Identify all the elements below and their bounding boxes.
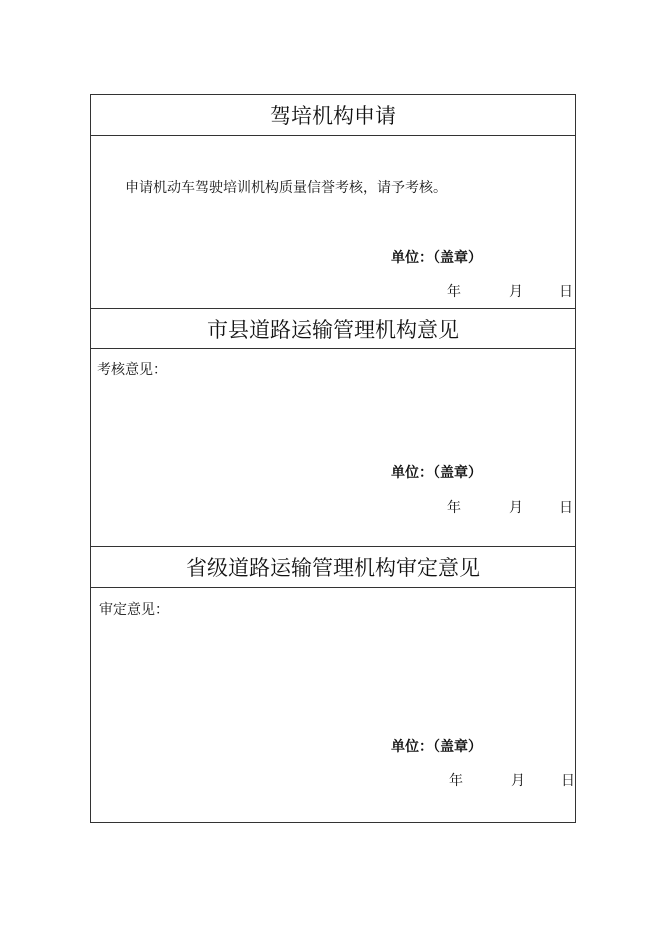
signature-seal-label: 单位：（盖章） xyxy=(391,247,482,267)
review-form: 驾培机构申请 申请机动车驾驶培训机构质量信誉考核，请予考核。 单位：（盖章） 年… xyxy=(90,94,576,823)
date-year: 年 xyxy=(447,281,509,301)
date-day: 日 xyxy=(561,770,575,790)
approval-opinion-label: 审定意见： xyxy=(99,599,169,619)
signature-seal-label: 单位：（盖章） xyxy=(391,462,482,482)
date-month: 月 xyxy=(511,770,561,790)
date-month: 月 xyxy=(509,281,559,301)
date-year: 年 xyxy=(449,770,511,790)
date-line: 年 月 日 xyxy=(449,770,575,790)
date-day: 日 xyxy=(559,281,573,301)
signature-seal-label: 单位：（盖章） xyxy=(391,736,482,756)
review-opinion-label: 考核意见： xyxy=(97,359,167,379)
section-title-applicant: 驾培机构申请 xyxy=(91,95,575,136)
date-line: 年 月 日 xyxy=(447,281,573,301)
section-title-city-county: 市县道路运输管理机构意见 xyxy=(91,308,575,349)
section-title-provincial: 省级道路运输管理机构审定意见 xyxy=(91,546,575,588)
date-year: 年 xyxy=(447,497,509,517)
date-line: 年 月 日 xyxy=(447,497,573,517)
date-month: 月 xyxy=(509,497,559,517)
date-day: 日 xyxy=(559,497,573,517)
application-statement: 申请机动车驾驶培训机构质量信誉考核，请予考核。 xyxy=(125,177,447,197)
